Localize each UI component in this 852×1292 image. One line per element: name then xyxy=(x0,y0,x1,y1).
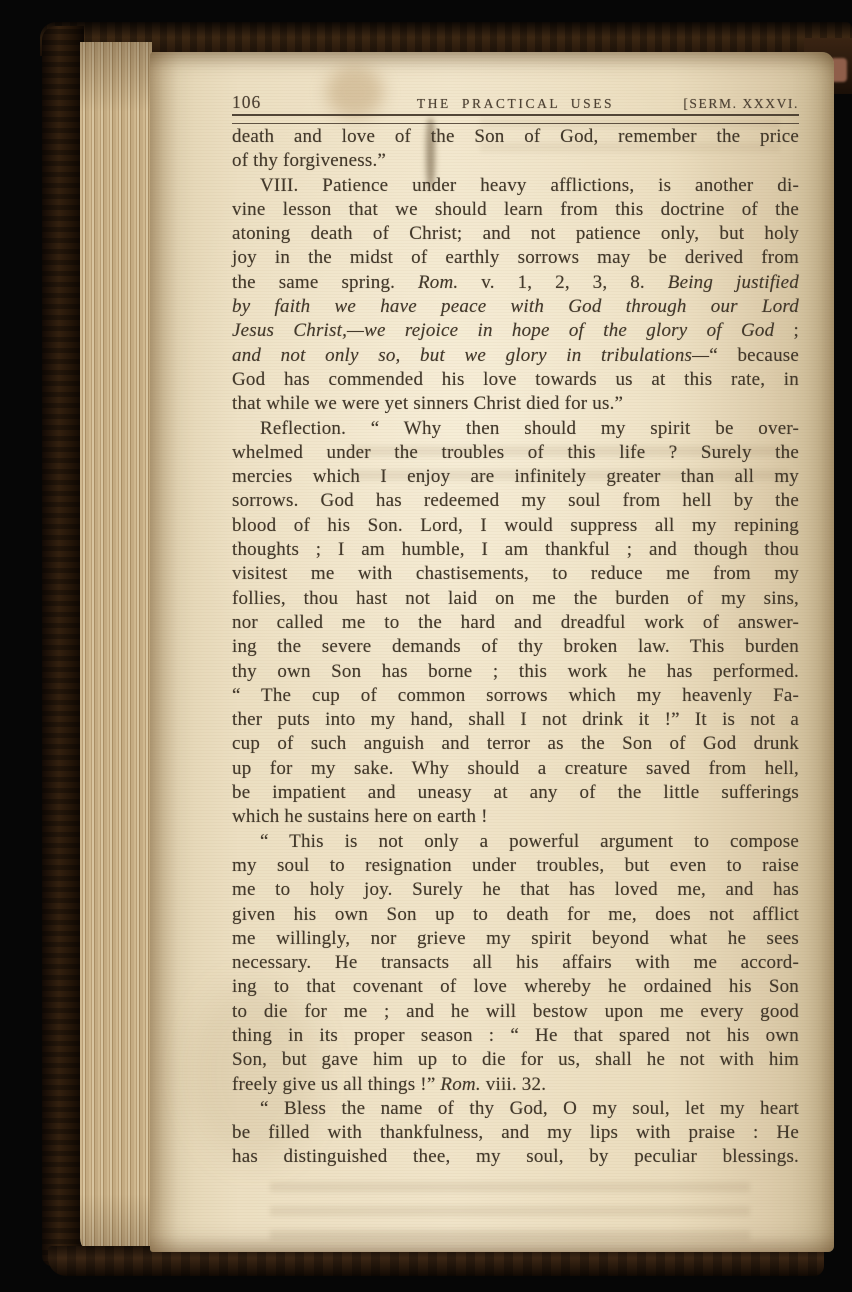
text-segment: ther puts into my hand, shall I not drin… xyxy=(232,709,799,730)
text-segment: blood of his Son. Lord, I would suppress… xyxy=(232,515,799,536)
scripture-quote-italic: Rom. xyxy=(418,272,458,293)
text-segment: atoning death of Christ; and not patienc… xyxy=(232,223,799,244)
text-line: vine lesson that we should learn from th… xyxy=(232,198,799,222)
text-segment: follies, thou hast not laid on me the bu… xyxy=(232,588,799,609)
text-line: sorrows. God has redeemed my soul from h… xyxy=(232,489,799,513)
text-segment: v. 1, 2, 3, 8. xyxy=(458,272,667,293)
text-line: thy own Son has borne ; this work he has… xyxy=(232,660,799,684)
text-line: visitest me with chastisements, to reduc… xyxy=(232,562,799,586)
scripture-quote-italic: Rom. xyxy=(440,1074,480,1095)
text-segment: that while we were yet sinners Christ di… xyxy=(232,393,623,414)
text-segment: to die for me ; and he will bestow upon … xyxy=(232,1001,799,1022)
text-line: follies, thou hast not laid on me the bu… xyxy=(232,587,799,611)
sermon-number-label: [SERM. XXXVI. xyxy=(614,96,799,112)
text-segment: thing in its proper season : “ He that s… xyxy=(232,1025,799,1046)
text-segment: ing to that covenant of love whereby he … xyxy=(232,976,799,997)
text-line: ing to that covenant of love whereby he … xyxy=(232,975,799,999)
book-cover-top-edge xyxy=(40,22,852,56)
scripture-quote-italic: Jesus Christ,—we rejoice in hope of the … xyxy=(232,320,774,341)
book-page: 106 THE PRACTICAL USES [SERM. XXXVI. dea… xyxy=(150,52,834,1252)
text-line: blood of his Son. Lord, I would suppress… xyxy=(232,514,799,538)
text-segment: freely give us all things !” xyxy=(232,1074,440,1095)
text-line: of thy forgiveness.” xyxy=(232,149,799,173)
text-line: ther puts into my hand, shall I not drin… xyxy=(232,708,799,732)
text-line: Jesus Christ,—we rejoice in hope of the … xyxy=(232,319,799,343)
text-line: necessary. He transacts all his affairs … xyxy=(232,951,799,975)
text-segment: cup of such anguish and terror as the So… xyxy=(232,733,799,754)
text-segment: whelmed under the troubles of this life … xyxy=(232,442,799,463)
text-segment: necessary. He transacts all his affairs … xyxy=(232,952,799,973)
text-line: Son, but gave him up to die for us, shal… xyxy=(232,1048,799,1072)
text-line: ing the severe demands of thy broken law… xyxy=(232,635,799,659)
text-line: be impatient and uneasy at any of the li… xyxy=(232,781,799,805)
text-line: me willingly, nor grieve my spirit beyon… xyxy=(232,927,799,951)
text-line: which he sustains here on earth ! xyxy=(232,805,799,829)
text-segment: ing the severe demands of thy broken law… xyxy=(232,636,799,657)
text-line: given his own Son up to death for me, do… xyxy=(232,903,799,927)
text-segment: mercies which I enjoy are infinitely gre… xyxy=(232,466,799,487)
text-line: VIII. Patience under heavy afflictions, … xyxy=(232,174,799,198)
text-segment: has distinguished thee, my soul, by pecu… xyxy=(232,1146,799,1167)
text-line: cup of such anguish and terror as the So… xyxy=(232,732,799,756)
text-line: me to holy joy. Surely he that has loved… xyxy=(232,878,799,902)
text-segment: which he sustains here on earth ! xyxy=(232,806,488,827)
text-line: freely give us all things !” Rom. viii. … xyxy=(232,1073,799,1097)
text-segment: thoughts ; I am humble, I am thankful ; … xyxy=(232,539,799,560)
text-segment: Reflection. “ Why then should my spirit … xyxy=(260,418,799,439)
text-segment: me to holy joy. Surely he that has loved… xyxy=(232,879,799,900)
text-segment: of thy forgiveness.” xyxy=(232,150,386,171)
running-header: 106 THE PRACTICAL USES [SERM. XXXVI. xyxy=(232,92,799,113)
photo-background: { "page": { "page_number": "106", "runni… xyxy=(0,0,852,1292)
text-segment: death and love of the Son of God, rememb… xyxy=(232,126,799,147)
text-line: has distinguished thee, my soul, by pecu… xyxy=(232,1145,799,1169)
text-segment: “ Bless the name of thy God, O my soul, … xyxy=(260,1098,799,1119)
text-line: death and love of the Son of God, rememb… xyxy=(232,125,799,149)
text-segment: thy own Son has borne ; this work he has… xyxy=(232,661,799,682)
text-segment: God has commended his love towards us at… xyxy=(232,369,799,390)
text-segment: me willingly, nor grieve my spirit beyon… xyxy=(232,928,799,949)
text-segment: up for my sake. Why should a creature sa… xyxy=(232,758,799,779)
page-text: death and love of the Son of God, rememb… xyxy=(232,125,799,1170)
page-fore-edge-stack xyxy=(80,42,152,1254)
text-segment: VIII. Patience under heavy afflictions, … xyxy=(260,175,799,196)
text-line: that while we were yet sinners Christ di… xyxy=(232,392,799,416)
text-line: “ This is not only a powerful argument t… xyxy=(232,830,799,854)
text-segment: sorrows. God has redeemed my soul from h… xyxy=(232,490,799,511)
scripture-quote-italic: Being justified xyxy=(668,272,799,293)
text-segment: be impatient and uneasy at any of the li… xyxy=(232,782,799,803)
text-line: thoughts ; I am humble, I am thankful ; … xyxy=(232,538,799,562)
text-line: up for my sake. Why should a creature sa… xyxy=(232,757,799,781)
text-line: Reflection. “ Why then should my spirit … xyxy=(232,417,799,441)
text-segment: “ This is not only a powerful argument t… xyxy=(260,831,799,852)
text-line: joy in the midst of earthly sorrows may … xyxy=(232,246,799,270)
text-line: whelmed under the troubles of this life … xyxy=(232,441,799,465)
text-segment: my soul to resignation under troubles, b… xyxy=(232,855,799,876)
ink-showthrough xyxy=(270,1170,750,1240)
text-segment: visitest me with chastisements, to reduc… xyxy=(232,563,799,584)
text-segment: Son, but gave him up to die for us, shal… xyxy=(232,1049,799,1070)
scripture-quote-italic: and not only so, but we glory in tribula… xyxy=(232,345,709,366)
page-number: 106 xyxy=(232,92,417,113)
book-spine-left-edge xyxy=(42,26,84,1266)
text-line: God has commended his love towards us at… xyxy=(232,368,799,392)
text-segment: “ The cup of common sorrows which my hea… xyxy=(232,685,799,706)
scripture-quote-italic: by faith we have peace with God through … xyxy=(232,296,799,317)
text-line: the same spring. Rom. v. 1, 2, 3, 8. Bei… xyxy=(232,271,799,295)
text-line: “ Bless the name of thy God, O my soul, … xyxy=(232,1097,799,1121)
text-line: nor called me to the hard and dreadful w… xyxy=(232,611,799,635)
text-line: to die for me ; and he will bestow upon … xyxy=(232,1000,799,1024)
header-double-rule xyxy=(232,114,799,124)
text-line: be filled with thankfulness, and my lips… xyxy=(232,1121,799,1145)
text-line: atoning death of Christ; and not patienc… xyxy=(232,222,799,246)
text-segment: nor called me to the hard and dreadful w… xyxy=(232,612,799,633)
text-segment: be filled with thankfulness, and my lips… xyxy=(232,1122,799,1143)
text-line: “ The cup of common sorrows which my hea… xyxy=(232,684,799,708)
text-segment: viii. 32. xyxy=(481,1074,546,1095)
text-line: thing in its proper season : “ He that s… xyxy=(232,1024,799,1048)
text-line: and not only so, but we glory in tribula… xyxy=(232,344,799,368)
text-line: mercies which I enjoy are infinitely gre… xyxy=(232,465,799,489)
text-segment: given his own Son up to death for me, do… xyxy=(232,904,799,925)
text-segment: the same spring. xyxy=(232,272,418,293)
running-title: THE PRACTICAL USES xyxy=(417,96,614,112)
text-segment: vine lesson that we should learn from th… xyxy=(232,199,799,220)
text-line: by faith we have peace with God through … xyxy=(232,295,799,319)
text-line: my soul to resignation under troubles, b… xyxy=(232,854,799,878)
text-segment: joy in the midst of earthly sorrows may … xyxy=(232,247,799,268)
text-segment: ; xyxy=(774,320,799,341)
text-segment: “ because xyxy=(709,345,799,366)
